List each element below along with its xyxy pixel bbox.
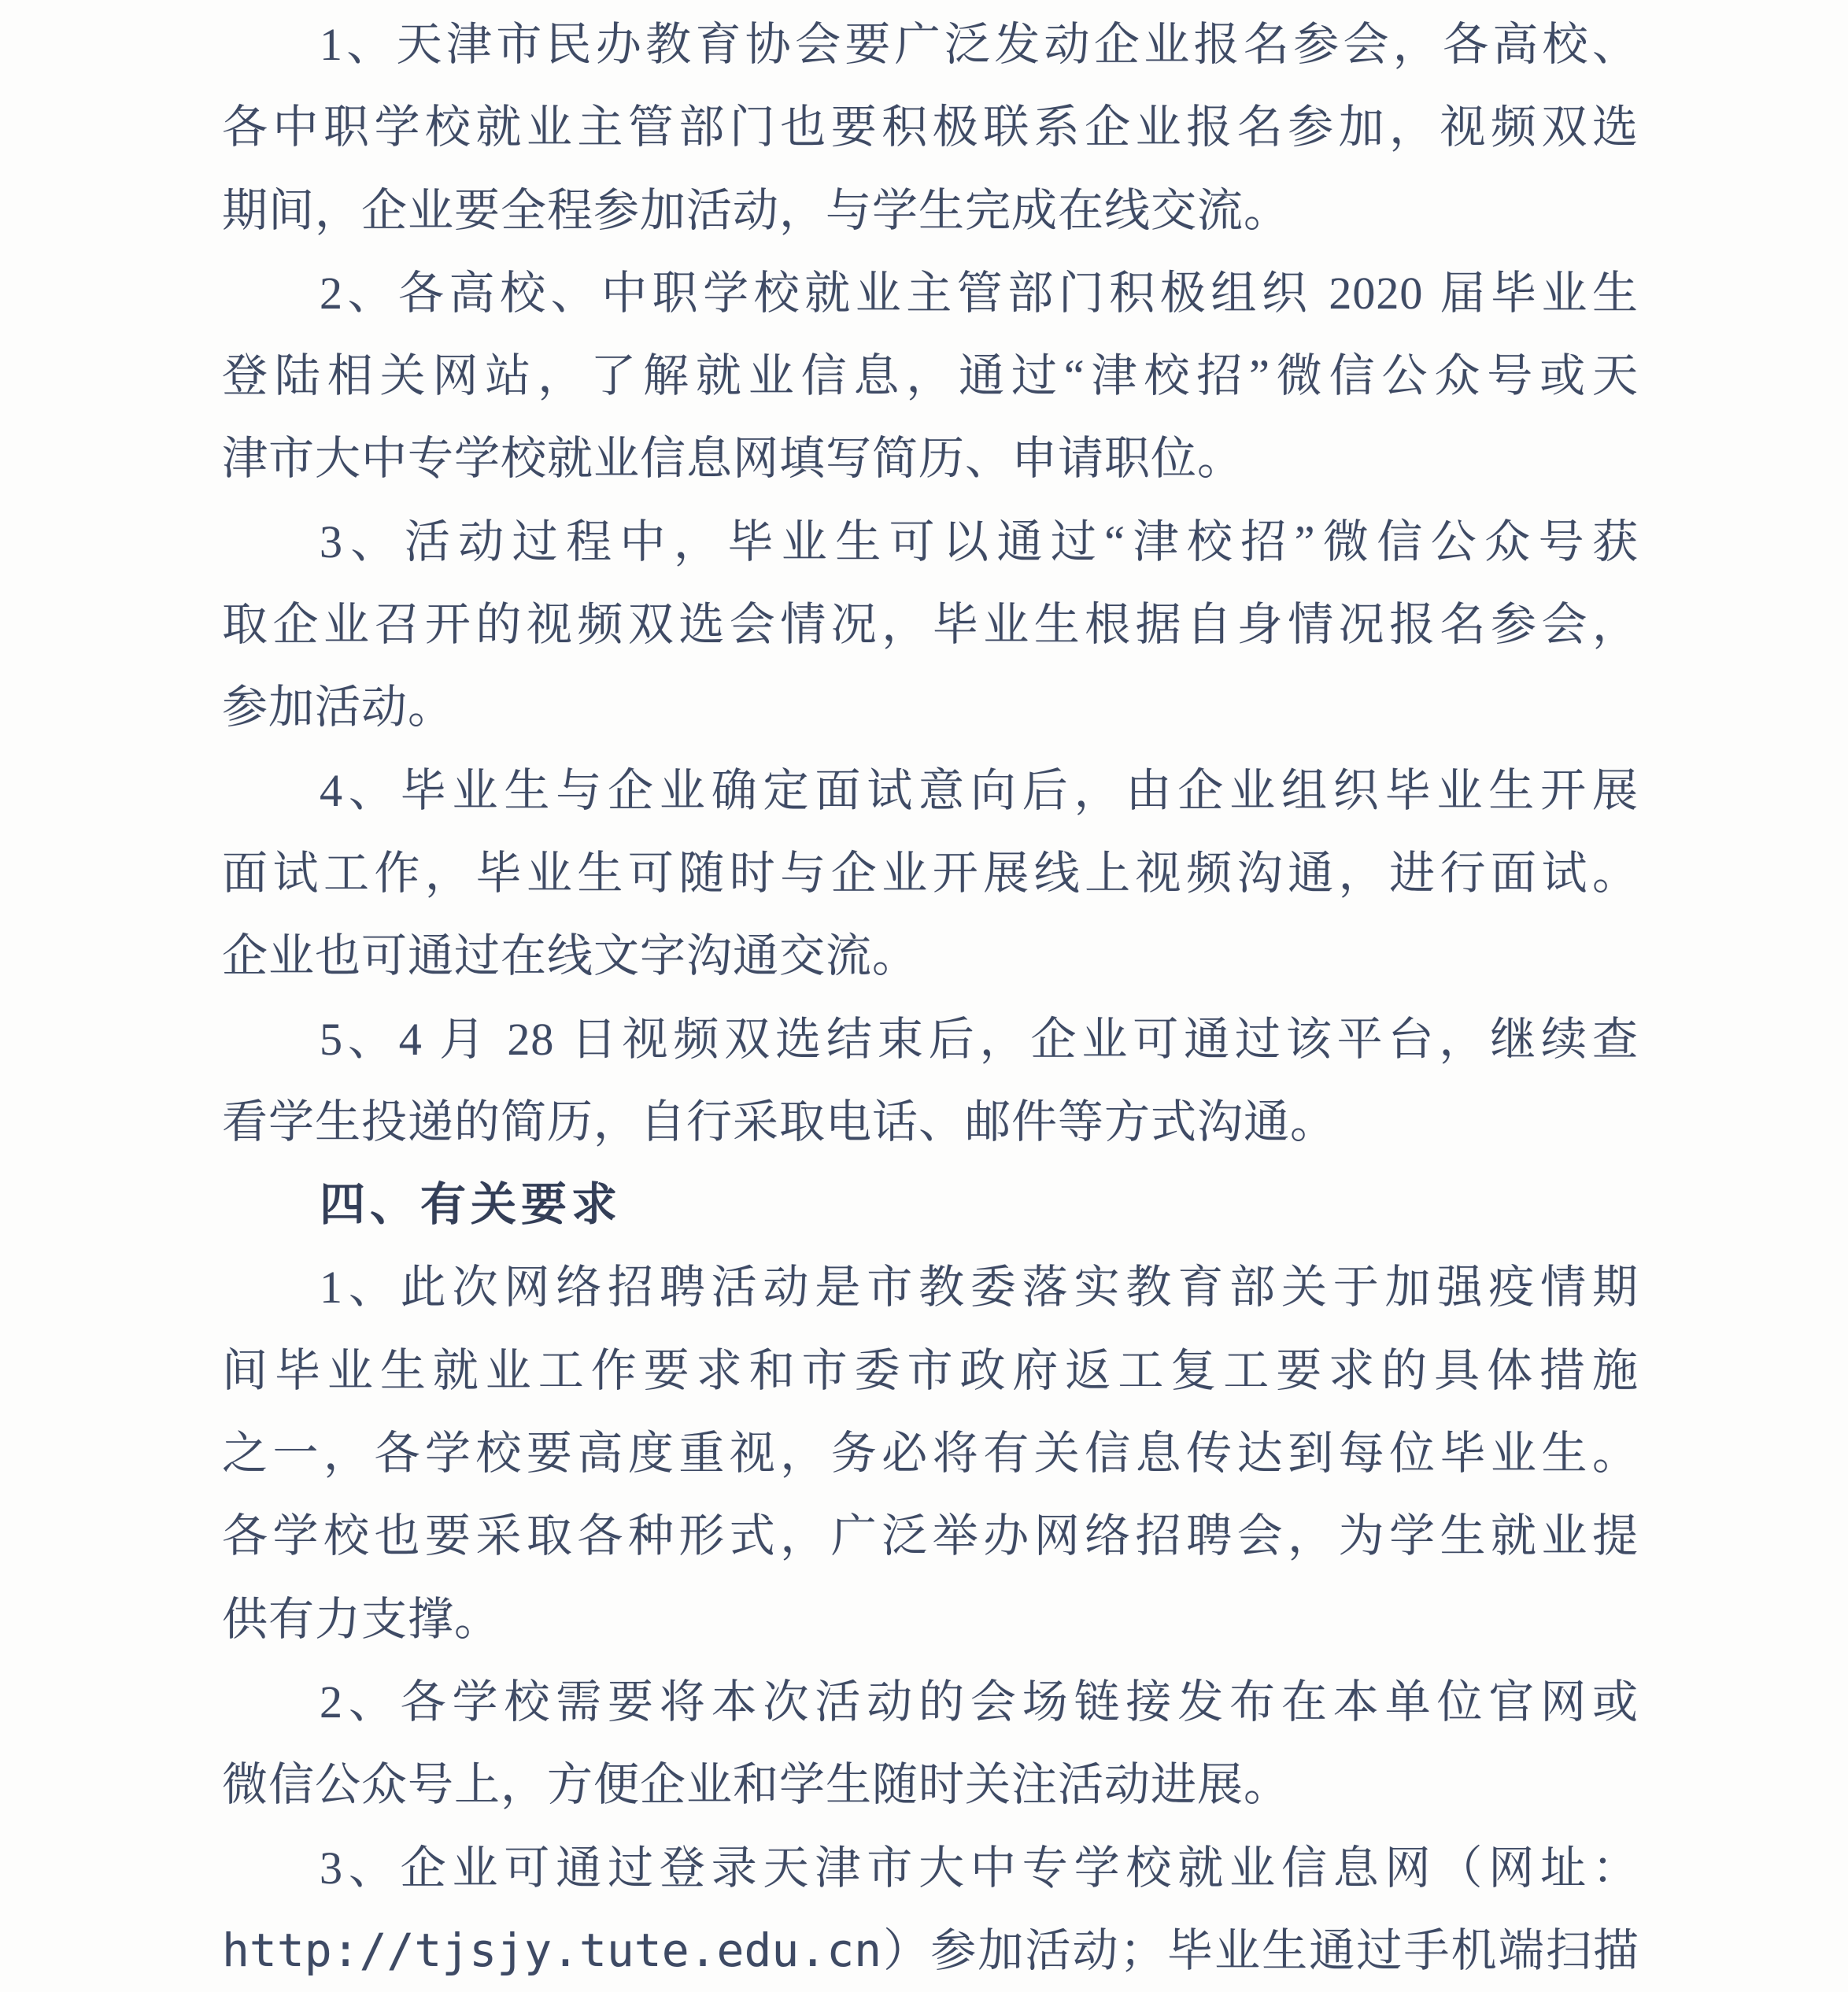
document-line: 3、活动过程中，毕业生可以通过“津校招”微信公众号获: [222, 501, 1639, 583]
document-line: 参加活动。: [222, 666, 1639, 748]
document-line: 取企业召开的视频双选会情况，毕业生根据自身情况报名参会，: [222, 583, 1639, 666]
document-line: 2、各学校需要将本次活动的会场链接发布在本单位官网或: [222, 1661, 1639, 1743]
document-line: 之一，各学校要高度重视，务必将有关信息传达到每位毕业生。: [222, 1412, 1639, 1495]
document-line: 企业也可通过在线文字沟通交流。: [222, 915, 1639, 997]
document-page: 1、天津市民办教育协会要广泛发动企业报名参会，各高校、各中职学校就业主管部门也要…: [222, 3, 1639, 1992]
document-line-url: http://tjsjy.tute.edu.cn）参加活动；毕业生通过手机端扫描: [222, 1909, 1639, 1992]
document-line: 间毕业生就业工作要求和市委市政府返工复工要求的具体措施: [222, 1329, 1639, 1412]
document-line: 津市大中专学校就业信息网填写简历、申请职位。: [222, 417, 1639, 500]
document-line: 3、企业可通过登录天津市大中专学校就业信息网（网址：: [222, 1827, 1639, 1909]
document-line: 登陆相关网站，了解就业信息，通过“津校招”微信公众号或天: [222, 334, 1639, 417]
section-heading-requirements: 四、有关要求: [222, 1163, 1639, 1246]
document-line: 各学校也要采取各种形式，广泛举办网络招聘会，为学生就业提: [222, 1495, 1639, 1577]
document-line: 1、天津市民办教育协会要广泛发动企业报名参会，各高校、: [222, 3, 1639, 86]
document-line: 面试工作，毕业生可随时与企业开展线上视频沟通，进行面试。: [222, 832, 1639, 915]
document-line: 4、毕业生与企业确定面试意向后，由企业组织毕业生开展: [222, 749, 1639, 832]
document-line: 2、各高校、中职学校就业主管部门积极组织 2020 届毕业生: [222, 252, 1639, 334]
document-line: 各中职学校就业主管部门也要积极联系企业报名参加，视频双选: [222, 86, 1639, 168]
document-line: 微信公众号上，方便企业和学生随时关注活动进展。: [222, 1743, 1639, 1826]
document-line: 期间，企业要全程参加活动，与学生完成在线交流。: [222, 169, 1639, 252]
document-line: 1、此次网络招聘活动是市教委落实教育部关于加强疫情期: [222, 1246, 1639, 1329]
document-line: 供有力支撑。: [222, 1578, 1639, 1661]
document-line: 5、4 月 28 日视频双选结束后，企业可通过该平台，继续查: [222, 998, 1639, 1081]
document-line: 看学生投递的简历，自行采取电话、邮件等方式沟通。: [222, 1081, 1639, 1163]
